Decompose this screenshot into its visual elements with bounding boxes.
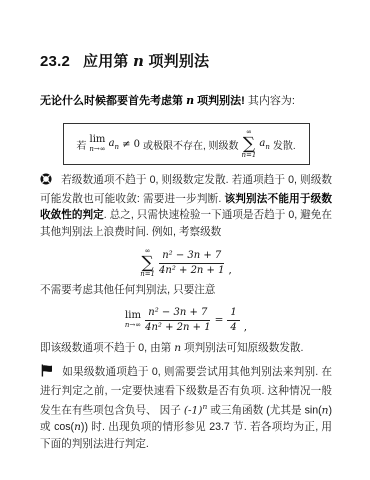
nth-term-test-box: 若 limn→∞ an ≠ 0 或极限不存在, 则级数 ∞∑n=1 an 发散. <box>63 123 310 165</box>
result-fraction: 14 <box>227 307 239 334</box>
lim-subscript-2: n→∞ <box>125 322 141 329</box>
limit-operator: limn→∞ <box>89 135 105 153</box>
section-title-pre: 应用第 <box>83 53 133 70</box>
sum-lower-limit-2: n=1 <box>140 271 155 278</box>
paragraph-transition: 不需要考虑其他任何判别法, 只要注意 <box>40 282 332 299</box>
sigma-symbol-2: ∑ <box>142 255 154 271</box>
intro-n-variable: n <box>186 94 194 107</box>
limit-numerator: n² − 3n + 7 <box>145 307 210 321</box>
sigma-symbol: ∑ <box>243 136 255 152</box>
rule-text-2: 或极限不存在, 则级数 <box>143 137 239 152</box>
a-subscript-2: n <box>265 143 270 151</box>
cos-n-variable: n <box>74 421 81 433</box>
rule-text-1: 若 <box>76 137 86 152</box>
paragraph-warning: 如果级数通项趋于 0, 则需要尝试用其他判别法来判别. 在进行判定之前, 一定要… <box>40 364 332 452</box>
lifesaver-icon <box>40 173 52 191</box>
formula1-comma: , <box>228 264 231 276</box>
intro-sentence: 无论什么时候都要首先考虑第 n 项判别法! 其内容为: <box>40 92 332 108</box>
sum-lower-limit: n=1 <box>242 152 257 159</box>
para4-text-4: )) 时. 出现负项的情形参见 23.7 节. 若各项均为正, 用下面的判别法进… <box>40 421 332 450</box>
book-page: 23.2应用第 n 项判别法 无论什么时候都要首先考虑第 n 项判别法! 其内容… <box>0 0 370 480</box>
section-number: 23.2 <box>40 53 70 70</box>
rule-text-3: 发散. <box>273 137 296 152</box>
intro-rest: 其内容为: <box>245 95 295 107</box>
lim-symbol: lim <box>90 135 106 145</box>
series-fraction: n² − 3n + 74n² + 2n + 1 <box>159 250 224 277</box>
para4-text-2: 或三角函数 (尤其是 sin( <box>207 405 321 417</box>
series-numerator: n² − 3n + 7 <box>159 250 224 264</box>
a-n-term: an <box>109 138 119 151</box>
limit-fraction: n² − 3n + 74n² + 2n + 1 <box>145 307 210 334</box>
paragraph-conclusion: 即该级数通项不趋于 0, 由第 n 项判别法可知原级数发散. <box>40 340 332 357</box>
para3-n-variable: n <box>174 342 181 354</box>
lim-subscript: n→∞ <box>89 146 105 153</box>
flag-icon <box>40 364 53 383</box>
result-numerator: 1 <box>227 307 239 321</box>
equals-sign: = <box>215 314 224 326</box>
not-equal-zero: ≠ 0 <box>122 139 140 150</box>
title-n-variable: n <box>133 52 144 70</box>
lim-symbol-2: lim <box>125 311 141 321</box>
paragraph-nth-term-explanation: 若级数通项不趋于 0, 则级数定发散. 若通项趋于 0, 则级数可能发散也可能收… <box>40 172 332 240</box>
factor-base: (-1) <box>184 405 203 417</box>
series-display-formula: ∞∑n=1 n² − 3n + 74n² + 2n + 1 , <box>40 248 332 278</box>
para3-text-1: 即该级数通项不趋于 0, 由第 <box>40 342 174 354</box>
limit-display-formula: limn→∞ n² − 3n + 74n² + 2n + 1 = 14 , <box>40 307 332 334</box>
section-title-post: 项判别法 <box>144 53 209 70</box>
limit-denominator: 4n² + 2n + 1 <box>145 321 210 334</box>
intro-bold-post: 项判别法! <box>194 95 245 107</box>
result-denominator: 4 <box>230 321 236 334</box>
summation-operator-2: ∞∑n=1 <box>140 248 155 278</box>
a-subscript: n <box>115 143 120 151</box>
summation-operator: ∞∑n=1 <box>242 129 257 159</box>
intro-bold-pre: 无论什么时候都要首先考虑第 <box>40 95 186 107</box>
limit-operator-2: limn→∞ <box>125 311 141 329</box>
section-title: 23.2应用第 n 项判别法 <box>40 50 332 71</box>
para3-text-2: 项判别法可知原级数发散. <box>181 342 303 354</box>
a-n-term-2: an <box>259 138 269 151</box>
series-denominator: 4n² + 2n + 1 <box>159 264 224 277</box>
formula2-comma: , <box>244 321 247 333</box>
